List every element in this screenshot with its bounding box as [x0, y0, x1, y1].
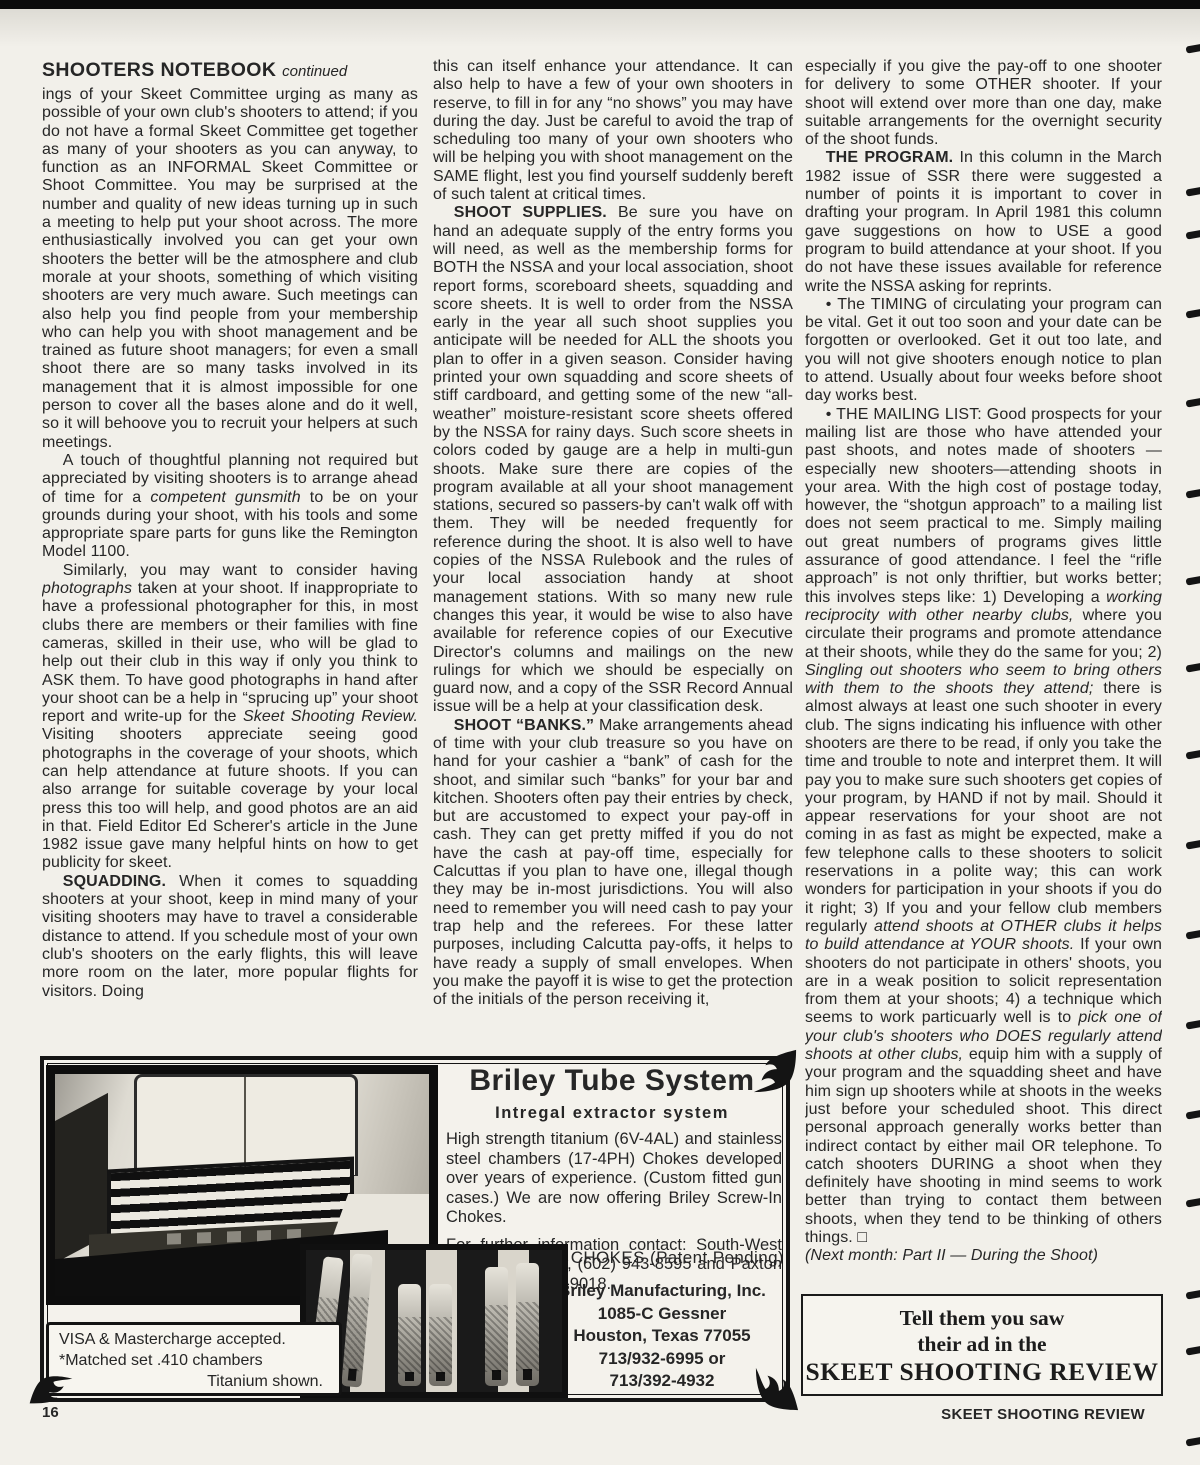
scan-top-edge — [0, 0, 1200, 9]
next-month-note: (Next month: Part II — During the Shoot) — [805, 1247, 1162, 1265]
footer-magazine-name: SKEET SHOOTING REVIEW — [941, 1406, 1145, 1423]
page-edge-mark — [1186, 229, 1200, 239]
page-edge-mark — [1186, 1019, 1200, 1029]
paragraph: especially if you give the pay-off to on… — [805, 58, 1162, 149]
page-edge-mark — [1186, 749, 1200, 759]
scan-top-shade — [0, 9, 1200, 47]
article-title: SHOOTERS NOTEBOOK continued — [42, 58, 418, 84]
paragraph: A touch of thoughtful planning not requi… — [42, 452, 418, 562]
page-edge-mark — [1186, 397, 1200, 407]
bullet-paragraph: • THE MAILING LIST: Good prospects for y… — [805, 406, 1162, 1248]
magazine-page: SHOOTERS NOTEBOOK continued ings of your… — [0, 0, 1200, 1465]
page-edge-mark — [1186, 488, 1200, 498]
ad-caption-box: VISA & Mastercharge accepted. *Matched s… — [46, 1322, 342, 1396]
paragraph: SQUADDING. When it comes to squadding sh… — [42, 873, 418, 1001]
page-edge-mark — [1186, 186, 1200, 196]
page-edge-mark — [1186, 839, 1200, 849]
article-title-text: SHOOTERS NOTEBOOK — [42, 59, 276, 81]
ssr-promo-box: Tell them you saw their ad in the SKEET … — [801, 1294, 1163, 1396]
paragraph: this can itself enhance your attendance.… — [433, 58, 793, 204]
promo-line: their ad in the — [803, 1331, 1161, 1357]
article-title-continued: continued — [282, 63, 347, 80]
promo-line: SKEET SHOOTING REVIEW — [803, 1357, 1161, 1387]
article-column-1: SHOOTERS NOTEBOOK continued ings of your… — [42, 58, 418, 1056]
bullet-paragraph: • The TIMING of circulating your program… — [805, 296, 1162, 406]
page-edge-mark — [1186, 929, 1200, 939]
corner-flourish-icon — [754, 1366, 800, 1412]
page-edge-mark — [1186, 1436, 1200, 1446]
corner-flourish-icon — [28, 1368, 75, 1415]
paragraph: SHOOT SUPPLIES. Be sure you have on hand… — [433, 204, 793, 716]
page-edge-mark — [1186, 662, 1200, 672]
page-edge-mark — [1186, 1345, 1200, 1355]
paragraph: ings of your Skeet Committee urging as m… — [42, 86, 418, 452]
article-column-3: especially if you give the pay-off to on… — [805, 58, 1162, 1290]
page-edge-mark — [1186, 1109, 1200, 1119]
caption-line: *Matched set .410 chambers — [59, 1350, 331, 1371]
caption-line: Titanium shown. — [59, 1371, 331, 1392]
article-column-2: this can itself enhance your attendance.… — [433, 58, 793, 1056]
paragraph: THE PROGRAM. In this column in the March… — [805, 149, 1162, 295]
page-edge-mark — [1186, 308, 1200, 318]
page-edge-mark — [1186, 1289, 1200, 1299]
paragraph: Similarly, you may want to consider havi… — [42, 562, 418, 873]
briley-ad: Briley Tube System Intregal extractor sy… — [40, 1056, 790, 1402]
page-edge-mark — [1186, 1197, 1200, 1207]
ad-body-paragraph: High strength titanium (6V-4AL) and stai… — [446, 1130, 782, 1228]
paragraph: SHOOT “BANKS.” Make arrangements ahead o… — [433, 717, 793, 1010]
ad-title: Briley Tube System — [440, 1064, 784, 1098]
corner-flourish-icon — [752, 1048, 798, 1094]
page-edge-mark — [1186, 575, 1200, 585]
promo-line: Tell them you saw — [803, 1305, 1161, 1331]
caption-line: VISA & Mastercharge accepted. — [59, 1329, 331, 1350]
ad-subtitle: Intregal extractor system — [440, 1104, 784, 1123]
